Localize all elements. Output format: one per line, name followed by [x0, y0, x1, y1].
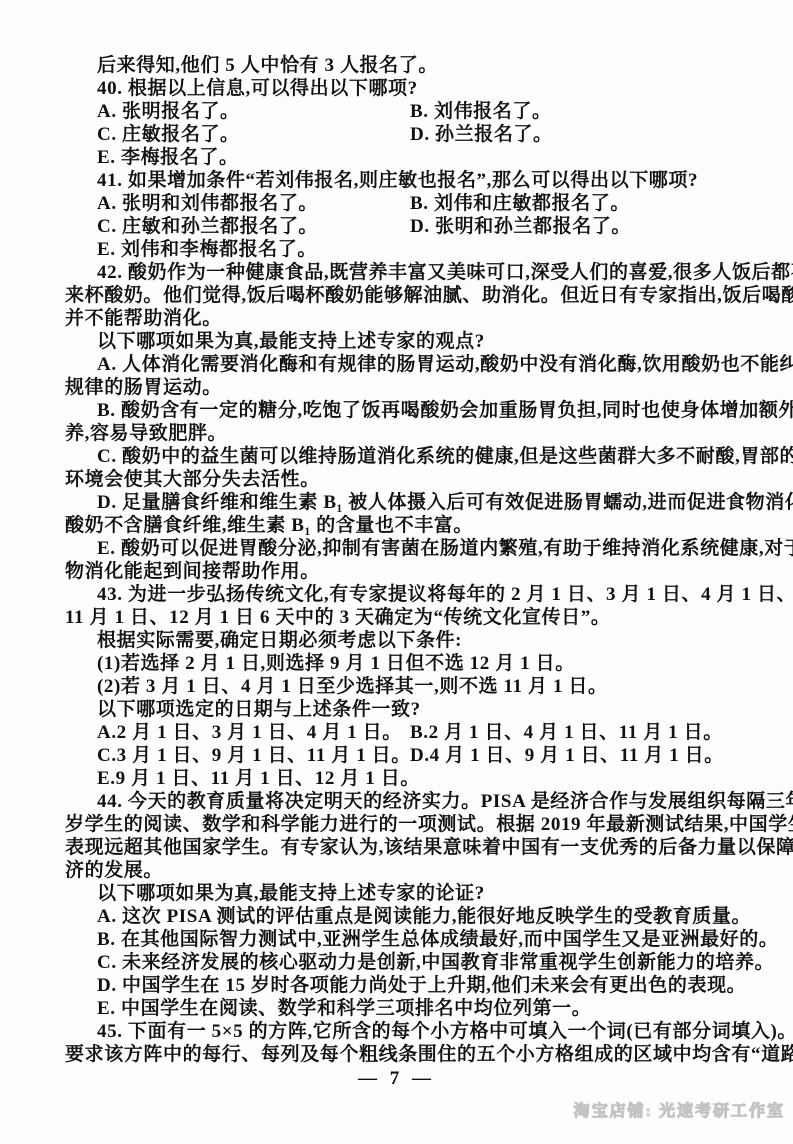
text-line: E. 酸奶可以促进胃酸分泌,抑制有害菌在肠道内繁殖,有助于维持消化系统健康,对于…: [65, 537, 733, 560]
option-right: D.4 月 1 日、9 月 1 日、11 月 1 日。: [410, 744, 733, 767]
text-line: A. 这次 PISA 测试的评估重点是阅读能力,能很好地反映学生的受教育质量。: [65, 905, 733, 928]
text-line: A. 人体消化需要消化酶和有规律的肠胃运动,酸奶中没有消化酶,饮用酸奶也不能纠正…: [65, 353, 733, 376]
text-line: 并不能帮助消化。: [65, 307, 733, 330]
option-row: A.2 月 1 日、3 月 1 日、4 月 1 日。B.2 月 1 日、4 月 …: [65, 721, 733, 744]
option-left: A. 张明和刘伟都报名了。: [65, 192, 410, 215]
text-line: 以下哪项选定的日期与上述条件一致?: [65, 698, 733, 721]
text-line: 42. 酸奶作为一种健康食品,既营养丰富又美味可口,深受人们的喜爱,很多人饭后都…: [65, 261, 733, 284]
text-line: 40. 根据以上信息,可以得出以下哪项?: [65, 77, 733, 100]
exam-page: 后来得知,他们 5 人中恰有 3 人报名了。40. 根据以上信息,可以得出以下哪…: [0, 0, 793, 1144]
text-line: E.9 月 1 日、11 月 1 日、12 月 1 日。: [65, 767, 733, 790]
option-row: A. 张明报名了。B. 刘伟报名了。: [65, 100, 733, 123]
text-line: D. 足量膳食纤维和维生素 B₁ 被人体摄入后可有效促进肠胃蠕动,进而促进食物消…: [65, 491, 733, 514]
text-line: E. 李梅报名了。: [65, 146, 733, 169]
page-footer: — 7 —: [0, 1068, 793, 1090]
text-line: B. 酸奶含有一定的糖分,吃饱了饭再喝酸奶会加重肠胃负担,同时也使身体增加额外的…: [65, 399, 733, 422]
option-row: C. 庄敏报名了。D. 孙兰报名了。: [65, 123, 733, 146]
text-line: C. 酸奶中的益生菌可以维持肠道消化系统的健康,但是这些菌群大多不耐酸,胃部的强…: [65, 445, 733, 468]
text-line: 规律的肠胃运动。: [65, 376, 733, 399]
text-line: 以下哪项如果为真,最能支持上述专家的观点?: [65, 330, 733, 353]
page-number: — 7 —: [358, 1068, 435, 1089]
text-line: 要求该方阵中的每行、每列及每个粗线条围住的五个小方格组成的区域中均含有“道路”“…: [65, 1043, 733, 1066]
text-line: 表现远超其他国家学生。有专家认为,该结果意味着中国有一支优秀的后备力量以保障未来…: [65, 836, 733, 859]
text-line: 41. 如果增加条件“若刘伟报名,则庄敏也报名”,那么可以得出以下哪项?: [65, 169, 733, 192]
text-line: E. 中国学生在阅读、数学和科学三项排名中均位列第一。: [65, 997, 733, 1020]
text-line: 45. 下面有一 5×5 的方阵,它所含的每个小方格中可填入一个词(已有部分词填…: [65, 1020, 733, 1043]
watermark: 淘宝店铺: 光速考研工作室: [574, 1098, 785, 1121]
text-line: (1)若选择 2 月 1 日,则选择 9 月 1 日但不选 12 月 1 日。: [65, 652, 733, 675]
text-line: B. 在其他国际智力测试中,亚洲学生总体成绩最好,而中国学生又是亚洲最好的。: [65, 928, 733, 951]
option-row: A. 张明和刘伟都报名了。B. 刘伟和庄敏都报名了。: [65, 192, 733, 215]
option-right: B.2 月 1 日、4 月 1 日、11 月 1 日。: [410, 721, 733, 744]
text-line: 来杯酸奶。他们觉得,饭后喝杯酸奶能够解油腻、助消化。但近日有专家指出,饭后喝酸奶…: [65, 284, 733, 307]
text-line: 44. 今天的教育质量将决定明天的经济实力。PISA 是经济合作与发展组织每隔三…: [65, 790, 733, 813]
text-line: 以下哪项如果为真,最能支持上述专家的论证?: [65, 882, 733, 905]
text-lines: 后来得知,他们 5 人中恰有 3 人报名了。40. 根据以上信息,可以得出以下哪…: [65, 54, 733, 1066]
text-line: (2)若 3 月 1 日、4 月 1 日至少选择其一,则不选 11 月 1 日。: [65, 675, 733, 698]
text-line: 济的发展。: [65, 859, 733, 882]
text-line: 岁学生的阅读、数学和科学能力进行的一项测试。根据 2019 年最新测试结果,中国…: [65, 813, 733, 836]
text-line: 物消化能起到间接帮助作用。: [65, 560, 733, 583]
option-right: D. 张明和孙兰都报名了。: [410, 215, 733, 238]
option-left: C. 庄敏和孙兰都报名了。: [65, 215, 410, 238]
text-line: 后来得知,他们 5 人中恰有 3 人报名了。: [65, 54, 733, 77]
text-line: D. 中国学生在 15 岁时各项能力尚处于上升期,他们未来会有更出色的表现。: [65, 974, 733, 997]
option-left: C. 庄敏报名了。: [65, 123, 410, 146]
text-line: 11 月 1 日、12 月 1 日 6 天中的 3 天确定为“传统文化宣传日”。: [65, 606, 733, 629]
text-line: 43. 为进一步弘扬传统文化,有专家提议将每年的 2 月 1 日、3 月 1 日…: [65, 583, 733, 606]
text-line: E. 刘伟和李梅都报名了。: [65, 238, 733, 261]
text-line: 酸奶不含膳食纤维,维生素 B₁ 的含量也不丰富。: [65, 514, 733, 537]
text-line: 环境会使其大部分失去活性。: [65, 468, 733, 491]
option-left: C.3 月 1 日、9 月 1 日、11 月 1 日。: [65, 744, 410, 767]
option-right: D. 孙兰报名了。: [410, 123, 733, 146]
option-left: A. 张明报名了。: [65, 100, 410, 123]
option-right: B. 刘伟报名了。: [410, 100, 733, 123]
text-line: C. 未来经济发展的核心驱动力是创新,中国教育非常重视学生创新能力的培养。: [65, 951, 733, 974]
text-line: 养,容易导致肥胖。: [65, 422, 733, 445]
option-row: C.3 月 1 日、9 月 1 日、11 月 1 日。D.4 月 1 日、9 月…: [65, 744, 733, 767]
text-line: 根据实际需要,确定日期必须考虑以下条件:: [65, 629, 733, 652]
option-left: A.2 月 1 日、3 月 1 日、4 月 1 日。: [65, 721, 410, 744]
option-right: B. 刘伟和庄敏都报名了。: [410, 192, 733, 215]
option-row: C. 庄敏和孙兰都报名了。D. 张明和孙兰都报名了。: [65, 215, 733, 238]
